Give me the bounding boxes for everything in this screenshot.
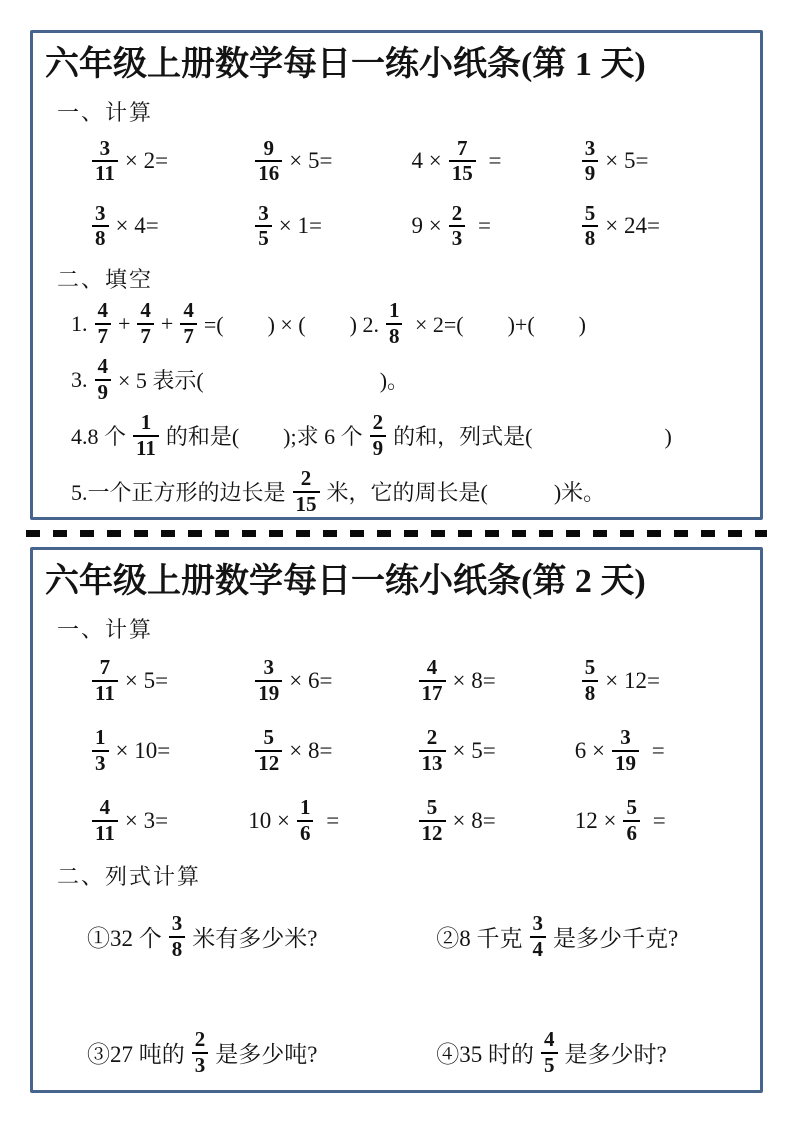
fraction-numerator: 3 (617, 726, 634, 750)
fraction-denominator: 12 (255, 750, 282, 776)
fraction: 58 (582, 202, 599, 251)
fraction-denominator: 8 (582, 225, 599, 251)
text-segment: × 5= (605, 148, 648, 174)
calc-expression: 58× 12= (575, 646, 738, 716)
calc-expression: 6 ×319 = (575, 716, 738, 786)
text-segment: = (647, 808, 666, 834)
calc-expression: 311× 2= (85, 129, 248, 194)
fraction-numerator: 2 (424, 726, 441, 750)
fraction-denominator: 9 (370, 435, 387, 461)
day1-fill-section-label: 二、填空 (43, 259, 750, 296)
text-segment: 米有多少米? (192, 920, 317, 953)
fraction-numerator: 3 (582, 137, 599, 161)
fraction: 213 (419, 726, 446, 775)
fraction: 38 (92, 202, 109, 251)
fraction-numerator: 2 (370, 411, 387, 435)
text-segment: × 4= (116, 213, 159, 239)
calc-expression: 213× 5= (412, 716, 575, 786)
word-problem: ①32 个38米有多少米? (87, 901, 436, 973)
calc-expression: 9 ×23 = (412, 194, 575, 259)
fraction-denominator: 15 (449, 160, 476, 186)
fraction: 411 (92, 796, 118, 845)
fraction-numerator: 7 (97, 656, 114, 680)
fraction: 215 (293, 467, 320, 516)
fraction: 35 (255, 202, 272, 251)
fraction-denominator: 3 (92, 750, 109, 776)
fraction-numerator: 1 (138, 411, 155, 435)
text-segment: ①32 个 (87, 920, 162, 953)
fraction: 417 (419, 656, 446, 705)
text-segment: × 5 表示( )。 (118, 364, 409, 395)
fraction-numerator: 3 (255, 202, 272, 226)
fraction: 23 (449, 202, 466, 251)
text-segment: × 12= (605, 668, 660, 694)
fraction-numerator: 5 (424, 796, 441, 820)
fraction: 512 (255, 726, 282, 775)
fraction-numerator: 2 (192, 1028, 209, 1052)
fraction: 39 (582, 137, 599, 186)
fill-blank-line: 1.47+47+47=( ) × ( ) 2.18 × 2=( )+( ) (71, 296, 744, 352)
fraction: 47 (137, 299, 154, 348)
text-segment: = (320, 808, 339, 834)
fraction-denominator: 11 (133, 435, 159, 461)
fraction-denominator: 8 (582, 680, 599, 706)
day2-problems-section-label: 二、列式计算 (43, 856, 750, 893)
fraction-numerator: 1 (92, 726, 109, 750)
fraction-numerator: 4 (137, 299, 154, 323)
fraction: 49 (95, 355, 112, 404)
fraction-denominator: 8 (92, 225, 109, 251)
fraction-numerator: 4 (180, 299, 197, 323)
calc-expression: 35× 1= (248, 194, 411, 259)
text-segment: 9 × (412, 213, 442, 239)
fraction-denominator: 7 (137, 323, 154, 349)
text-segment: × 2=( )+( ) (409, 308, 586, 339)
word-problem: ②8 千克34是多少千克? (436, 901, 746, 973)
text-segment: ②8 千克 (436, 920, 522, 953)
fraction: 56 (623, 796, 640, 845)
fraction-numerator: 1 (386, 299, 403, 323)
text-segment: 5.一个正方形的边长是 (71, 476, 286, 507)
fraction-numerator: 4 (541, 1028, 558, 1052)
fraction-denominator: 5 (255, 225, 272, 251)
day1-fill-lines: 1.47+47+47=( ) × ( ) 2.18 × 2=( )+( )3.4… (43, 296, 750, 520)
text-segment: × 10= (116, 738, 171, 764)
fraction-denominator: 9 (582, 160, 599, 186)
fraction-numerator: 3 (169, 912, 186, 936)
text-segment: 10 × (248, 808, 290, 834)
fraction-numerator: 7 (454, 137, 471, 161)
fraction: 319 (612, 726, 639, 775)
fraction-numerator: 2 (449, 202, 466, 226)
text-segment: = (483, 148, 502, 174)
fraction: 45 (541, 1028, 558, 1077)
calc-expression: 512× 8= (412, 786, 575, 856)
fraction-numerator: 4 (97, 796, 114, 820)
fraction-numerator: 3 (261, 656, 278, 680)
calc-expression: 417× 8= (412, 646, 575, 716)
text-segment: 米，它的周长是( )米。 (327, 476, 606, 507)
day2-calc-section-label: 一、计算 (43, 609, 750, 646)
fraction: 512 (419, 796, 446, 845)
fraction-denominator: 16 (255, 160, 282, 186)
text-segment: × 8= (289, 738, 332, 764)
calc-expression: 711× 5= (85, 646, 248, 716)
text-segment: × 8= (453, 668, 496, 694)
day1-calc-section-label: 一、计算 (43, 92, 750, 129)
fraction-numerator: 5 (623, 796, 640, 820)
fraction-denominator: 19 (612, 750, 639, 776)
fraction: 16 (297, 796, 314, 845)
fraction-denominator: 13 (419, 750, 446, 776)
text-segment: × 2= (125, 148, 168, 174)
calc-expression: 38× 4= (85, 194, 248, 259)
fraction: 111 (133, 411, 159, 460)
calc-expression: 58× 24= (575, 194, 738, 259)
text-segment: × 5= (289, 148, 332, 174)
fraction-denominator: 11 (92, 820, 118, 846)
calc-expression: 13× 10= (85, 716, 248, 786)
calc-expression: 4 ×715 = (412, 129, 575, 194)
fraction-denominator: 6 (623, 820, 640, 846)
fraction-denominator: 11 (92, 680, 118, 706)
fraction-denominator: 7 (95, 323, 112, 349)
text-segment: 的和是( );求 6 个 (166, 420, 363, 451)
fraction: 58 (582, 656, 599, 705)
fraction: 47 (180, 299, 197, 348)
fraction-numerator: 9 (261, 137, 278, 161)
word-problem: ③27 吨的23是多少吨? (87, 1017, 436, 1089)
text-segment: × 1= (279, 213, 322, 239)
fraction: 711 (92, 656, 118, 705)
fraction-denominator: 19 (255, 680, 282, 706)
word-problem: ④35 时的45是多少时? (436, 1017, 746, 1089)
fraction-numerator: 5 (582, 202, 599, 226)
fraction-denominator: 4 (530, 936, 547, 962)
text-segment: 12 × (575, 808, 617, 834)
fraction-numerator: 4 (95, 355, 112, 379)
calc-expression: 12 ×56 = (575, 786, 738, 856)
text-segment: = (472, 213, 491, 239)
text-segment: 4 × (412, 148, 442, 174)
fraction-numerator: 3 (92, 202, 109, 226)
fraction: 23 (192, 1028, 209, 1077)
text-segment: × 8= (453, 808, 496, 834)
worksheet-page: 六年级上册数学每日一练小纸条(第 1 天) 一、计算 311× 2=916× 5… (0, 0, 793, 1122)
text-segment: × 24= (605, 213, 660, 239)
text-segment: 是多少千克? (553, 920, 678, 953)
fraction-denominator: 17 (419, 680, 446, 706)
calc-expression: 512× 8= (248, 716, 411, 786)
fraction-numerator: 1 (297, 796, 314, 820)
text-segment: × 3= (125, 808, 168, 834)
text-segment: 是多少吨? (215, 1036, 317, 1069)
fraction: 715 (449, 137, 476, 186)
text-segment: × 6= (289, 668, 332, 694)
text-segment: + (118, 311, 130, 337)
calc-expression: 10 ×16 = (248, 786, 411, 856)
fraction: 29 (370, 411, 387, 460)
fraction-denominator: 11 (92, 160, 118, 186)
text-segment: 6 × (575, 738, 605, 764)
day1-calc-grid: 311× 2=916× 5=4 ×715 =39× 5=38× 4=35× 1=… (43, 129, 750, 259)
fraction: 34 (530, 912, 547, 961)
fraction-denominator: 3 (449, 225, 466, 251)
text-segment: 3. (71, 367, 88, 393)
fraction-denominator: 12 (419, 820, 446, 846)
calc-expression: 39× 5= (575, 129, 738, 194)
text-segment: = (646, 738, 665, 764)
fill-blank-line: 3.49× 5 表示( )。 (71, 352, 744, 408)
day2-calc-grid: 711× 5=319× 6=417× 8=58× 12=13× 10=512× … (43, 646, 750, 856)
dashed-cut-line (26, 530, 767, 537)
fraction-denominator: 3 (192, 1052, 209, 1078)
fraction: 38 (169, 912, 186, 961)
calc-expression: 916× 5= (248, 129, 411, 194)
fraction-denominator: 5 (541, 1052, 558, 1078)
fraction-denominator: 15 (293, 491, 320, 517)
fraction-denominator: 8 (169, 936, 186, 962)
fraction-numerator: 5 (261, 726, 278, 750)
fraction: 916 (255, 137, 282, 186)
calc-expression: 411× 3= (85, 786, 248, 856)
day1-title: 六年级上册数学每日一练小纸条(第 1 天) (43, 39, 750, 92)
calc-expression: 319× 6= (248, 646, 411, 716)
fill-blank-line: 4.8 个111的和是( );求 6 个29的和，列式是( ) (71, 408, 744, 464)
text-segment: 4.8 个 (71, 420, 126, 451)
fraction: 47 (95, 299, 112, 348)
text-segment: 的和，列式是( ) (393, 420, 672, 451)
fill-blank-line: 5.一个正方形的边长是215米，它的周长是( )米。 (71, 464, 744, 520)
text-segment: 1. (71, 311, 88, 337)
fraction-numerator: 4 (95, 299, 112, 323)
day2-title: 六年级上册数学每日一练小纸条(第 2 天) (43, 556, 750, 609)
fraction-denominator: 9 (95, 379, 112, 405)
text-segment: × 5= (453, 738, 496, 764)
fraction: 18 (386, 299, 403, 348)
fraction-numerator: 3 (97, 137, 114, 161)
text-segment: ③27 吨的 (87, 1036, 185, 1069)
fraction-denominator: 8 (386, 323, 403, 349)
fraction-numerator: 5 (582, 656, 599, 680)
day2-slip: 六年级上册数学每日一练小纸条(第 2 天) 一、计算 711× 5=319× 6… (30, 547, 763, 1093)
fraction-numerator: 4 (424, 656, 441, 680)
text-segment: =( ) × ( ) 2. (204, 308, 379, 339)
day1-slip: 六年级上册数学每日一练小纸条(第 1 天) 一、计算 311× 2=916× 5… (30, 30, 763, 520)
fraction: 319 (255, 656, 282, 705)
text-segment: 是多少时? (565, 1036, 667, 1069)
fraction-denominator: 6 (297, 820, 314, 846)
day2-problem-grid: ①32 个38米有多少米?②8 千克34是多少千克?③27 吨的23是多少吨?④… (43, 893, 750, 1089)
fraction-denominator: 7 (180, 323, 197, 349)
text-segment: ④35 时的 (436, 1036, 534, 1069)
fraction: 311 (92, 137, 118, 186)
text-segment: + (161, 311, 173, 337)
fraction-numerator: 3 (530, 912, 547, 936)
fraction-numerator: 2 (298, 467, 315, 491)
text-segment: × 5= (125, 668, 168, 694)
fraction: 13 (92, 726, 109, 775)
